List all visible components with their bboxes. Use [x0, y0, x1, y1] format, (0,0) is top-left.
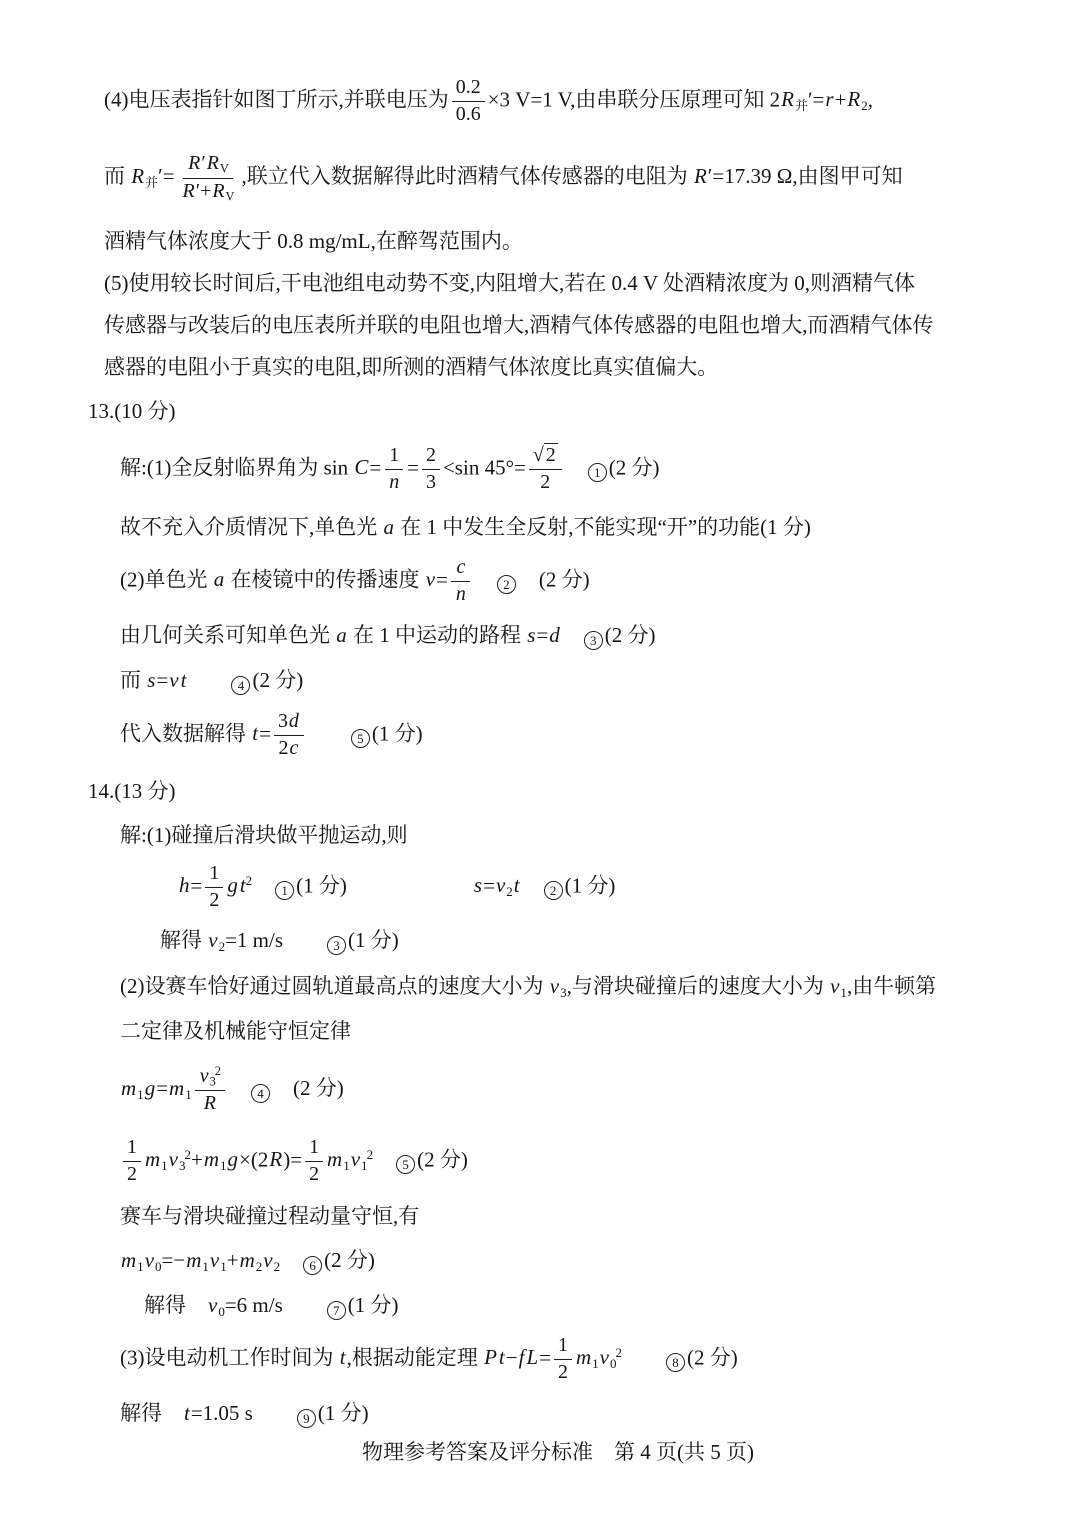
q12-part5-line-1: (5)使用较长时间后,干电池组电动势不变,内阻增大,若在 0.4 V 处酒精浓度…	[104, 262, 1028, 304]
q14-step-time-result: 解得 t=1.05 s 9(1 分)	[120, 1390, 1028, 1436]
q12-part4-line-3: 酒精气体浓度大于 0.8 mg/mL,在醉驾范围内。	[104, 220, 1028, 262]
q13-step-time-result: 代入数据解得 t=3d2c 5(1 分)	[120, 702, 1028, 768]
q13-step-critical-angle: 解:(1)全反射临界角为 sin C=1n=23<sin 45°=√22 1(2…	[120, 434, 1028, 504]
q14-step-v2-result: 解得 v2=1 m/s 3(1 分)	[160, 918, 1028, 964]
q14-step-part2-intro-1: (2)设赛车恰好通过圆轨道最高点的速度大小为 v3,与滑块碰撞后的速度大小为 v…	[120, 964, 1028, 1010]
q12-part4-line-1: (4)电压表指针如图丁所示,并联电压为0.20.6×3 V=1 V,由串联分压原…	[104, 66, 1028, 136]
q14-step-v0-result: 解得 v0=6 m/s 7(1 分)	[144, 1284, 1028, 1328]
q13-title: 13.(10 分)	[88, 388, 1028, 434]
q13-step-s-equals-vt: 而 s=vt 4(2 分)	[120, 658, 1028, 702]
q14-step-energy-conservation: 12m1v32+m1g×(2R)=12m1v12 5(2 分)	[120, 1128, 1028, 1194]
q14-step-part2-intro-2: 二定律及机械能守恒定律	[120, 1010, 1028, 1052]
page-footer: 物理参考答案及评分标准 第 4 页(共 5 页)	[88, 1436, 1028, 1466]
q13-step-speed-in-prism: (2)单色光 a 在棱镜中的传播速度 v=cn 2 (2 分)	[120, 550, 1028, 612]
q14-step-newton-second-law: m1g=m1v32R 4 (2 分)	[120, 1052, 1028, 1128]
q14-step-projectile-intro: 解:(1)碰撞后滑块做平抛运动,则	[120, 814, 1028, 856]
q14-step-work-energy-theorem: (3)设电动机工作时间为 t,根据动能定理 Pt−fL=12m1v02 8(2 …	[120, 1328, 1028, 1390]
q12-part5-line-3: 感器的电阻小于真实的电阻,即所测的酒精气体浓度比真实值偏大。	[104, 346, 1028, 388]
q14-title: 14.(13 分)	[88, 768, 1028, 814]
q13-step-path-length: 由几何关系可知单色光 a 在 1 中运动的路程 s=d 3(2 分)	[120, 612, 1028, 658]
q13-step-total-reflection: 故不充入介质情况下,单色光 a 在 1 中发生全反射,不能实现“开”的功能(1 …	[120, 504, 1028, 550]
q14-step-projectile-equations: h=12gt2 1(1 分) s=v2t 2(1 分)	[178, 856, 1028, 918]
q12-part4-line-2: 而 R并′=R′RVR′+RV,联立代入数据解得此时酒精气体传感器的电阻为 R′…	[104, 136, 1028, 220]
q14-step-momentum-intro: 赛车与滑块碰撞过程动量守恒,有	[120, 1194, 1028, 1238]
q12-part5-line-2: 传感器与改装后的电压表所并联的电阻也增大,酒精气体传感器的电阻也增大,而酒精气体…	[104, 304, 1028, 346]
q14-step-momentum-equation: m1v0=−m1v1+m2v2 6(2 分)	[120, 1238, 1028, 1284]
answer-sheet-page: (4)电压表指针如图丁所示,并联电压为0.20.6×3 V=1 V,由串联分压原…	[0, 0, 1080, 1518]
